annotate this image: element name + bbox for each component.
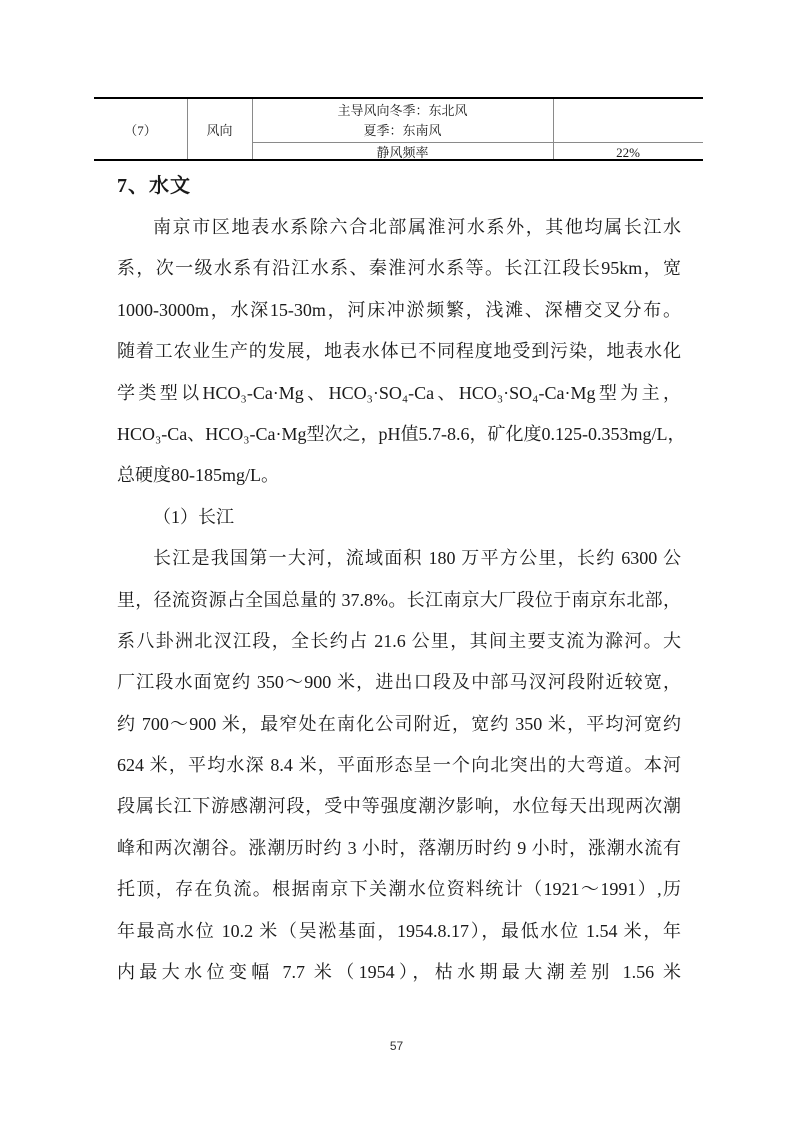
paragraph2-line: 里，径流资源占全国总量的 37.8%。长江南京大厂段位于南京东北部， [117, 580, 681, 621]
paragraph2-line: 624 米，平均水深 8.4 米，平面形态呈一个向北突出的大弯道。本河 [117, 745, 681, 786]
subsection-heading-changjiang: （1）长江 [117, 497, 681, 538]
table-cell-category: 风向 [187, 99, 252, 163]
paragraph2-line: 托顶，存在负流。根据南京下关潮水位资料统计（1921～1991）,历 [117, 869, 681, 910]
paragraph1-line: 1000-3000m，水深15-30m，河床冲淤频繁，浅滩、深槽交叉分布。 [117, 290, 681, 331]
paragraph2-line: 厂江段水面宽约 350～900 米，进出口段及中部马汊河段附近较宽， [117, 662, 681, 703]
document-page: （7） 风向 主导风向冬季：东北风 夏季：东南风 静风频率 22% 7、水文 南… [0, 0, 793, 1122]
table-cell-wind-directions: 主导风向冬季：东北风 夏季：东南风 [252, 99, 553, 142]
body-text-block: 南京市区地表水系除六合北部属淮河水系外，其他均属长江水 系，次一级水系有沿江水系… [117, 207, 681, 993]
paragraph2-line: 内最大水位变幅 7.7 米（1954），枯水期最大潮差别 1.56 米 [117, 952, 681, 993]
wind-summer-text: 夏季：东南风 [363, 121, 441, 141]
paragraph1-line: 系，次一级水系有沿江水系、秦淮河水系等。长江江段长95km，宽 [117, 248, 681, 289]
table-cell-calm-frequency-value: 22% [553, 142, 703, 163]
table-cell-item-number: （7） [94, 99, 187, 163]
table-cell-calm-frequency-label: 静风频率 [252, 142, 553, 163]
paragraph1-line: 南京市区地表水系除六合北部属淮河水系外，其他均属长江水 [117, 207, 681, 248]
paragraph2-line: 峰和两次潮谷。涨潮历时约 3 小时，落潮历时约 9 小时，涨潮水流有 [117, 828, 681, 869]
table-cell-wind-value [553, 99, 703, 142]
paragraph1-line: 总硬度80-185mg/L。 [117, 455, 681, 496]
paragraph2-line: 段属长江下游感潮河段，受中等强度潮汐影响，水位每天出现两次潮 [117, 786, 681, 827]
paragraph2-line: 长江是我国第一大河，流域面积 180 万平方公里，长约 6300 公 [117, 538, 681, 579]
paragraph1-line: 随着工农业生产的发展，地表水体已不同程度地受到污染，地表水化 [117, 331, 681, 372]
paragraph1-line: 学类型以HCO₃-Ca·Mg、HCO₃·SO₄-Ca、HCO₃·SO₄-Ca·M… [117, 373, 681, 414]
wind-winter-text: 主导风向冬季：东北风 [337, 101, 467, 121]
paragraph2-line: 约 700～900 米，最窄处在南化公司附近，宽约 350 米，平均河宽约 [117, 704, 681, 745]
paragraph2-line: 年最高水位 10.2 米（吴淞基面，1954.8.17），最低水位 1.54 米… [117, 911, 681, 952]
paragraph1-line: HCO₃-Ca、HCO₃-Ca·Mg型次之，pH值5.7-8.6，矿化度0.12… [117, 414, 681, 455]
section-heading-hydrology: 7、水文 [117, 169, 191, 198]
paragraph2-line: 系八卦洲北汊江段，全长约占 21.6 公里，其间主要支流为滁河。大 [117, 621, 681, 662]
page-number: 57 [0, 1039, 793, 1053]
climate-table-fragment: （7） 风向 主导风向冬季：东北风 夏季：东南风 静风频率 22% [94, 97, 703, 161]
